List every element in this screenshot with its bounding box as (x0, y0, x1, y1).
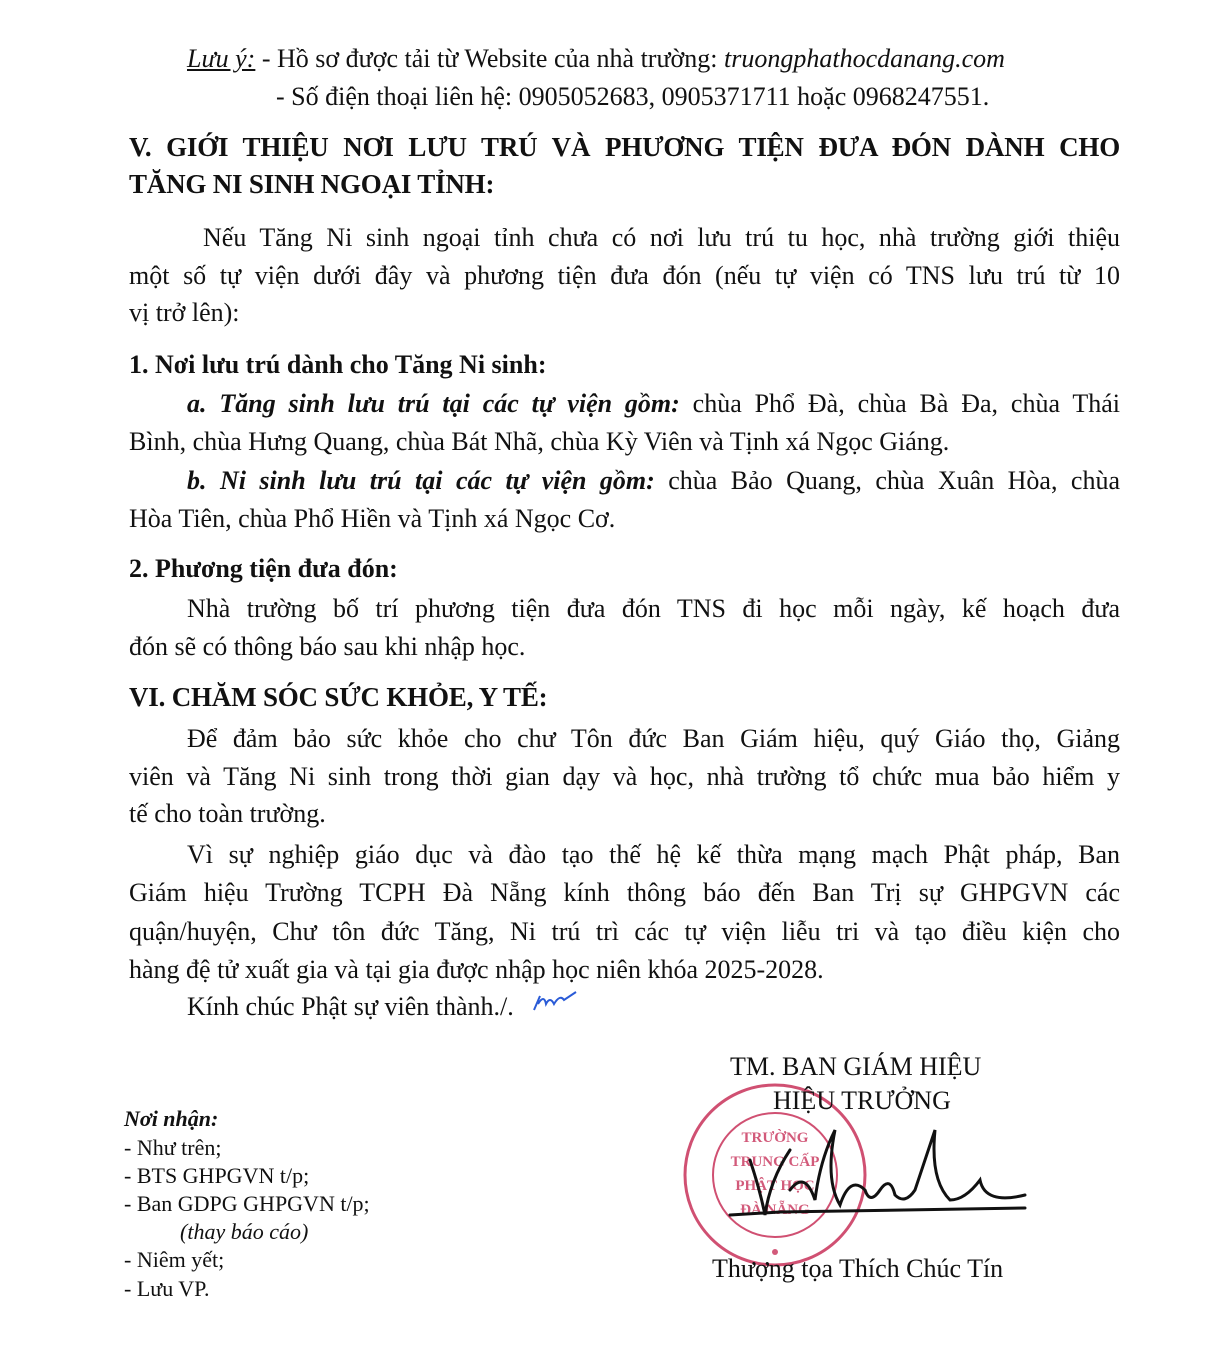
website-link[interactable]: truongphathocdanang.com (724, 44, 1005, 73)
recipient-item: - Như trên; (124, 1137, 221, 1159)
closing-text-3: quận/huyện, Chư tôn đức Tăng, Ni trú trì… (129, 919, 1120, 945)
section-5-intro-2: một số tự viện dưới đây và phương tiện đ… (129, 263, 1120, 289)
note-line-1: Lưu ý: - Hồ sơ được tải từ Website của n… (187, 46, 1005, 72)
health-text-2: viên và Tăng Ni sinh trong thời gian dạy… (129, 764, 1120, 790)
signature-title-1: TM. BAN GIÁM HIỆU (730, 1054, 981, 1080)
health-text-3: tế cho toàn trường. (129, 801, 326, 827)
section-6-title: VI. CHĂM SÓC SỨC KHỎE, Y TẾ: (129, 684, 547, 711)
signature-title-2: HIỆU TRƯỞNG (773, 1088, 951, 1114)
closing-text-4: hàng đệ tử xuất gia và tại gia được nhập… (129, 957, 824, 983)
initial-mark-icon (532, 990, 580, 1014)
closing-text-1: Vì sự nghiệp giáo dục và đào tạo thế hệ … (187, 842, 1120, 868)
section-5-title-line-2: TĂNG NI SINH NGOẠI TỈNH: (129, 171, 494, 198)
nun-residence-label: b. Ni sinh lưu trú tại các tự viện gồm: (187, 466, 655, 495)
signer-name: Thượng tọa Thích Chúc Tín (712, 1256, 1003, 1282)
recipients-title: Nơi nhận: (124, 1108, 218, 1130)
recipient-item: - Niêm yết; (124, 1249, 224, 1271)
section-5-intro-3: vị trở lên): (129, 300, 240, 326)
health-text-1: Để đảm bảo sức khỏe cho chư Tôn đức Ban … (187, 726, 1120, 752)
closing-wish: Kính chúc Phật sự viên thành./. (187, 994, 514, 1020)
closing-text-2: Giám hiệu Trường TCPH Đà Nẵng kính thông… (129, 880, 1120, 906)
handwritten-signature-icon (720, 1120, 1040, 1240)
transport-text-2: đón sẽ có thông báo sau khi nhập học. (129, 634, 525, 660)
recipient-item: - Ban GDPG GHPGVN t/p; (124, 1193, 370, 1215)
recipient-item: - BTS GHPGVN t/p; (124, 1165, 309, 1187)
nun-residence-line-1: b. Ni sinh lưu trú tại các tự viện gồm: … (187, 468, 1120, 494)
monk-residence-line-1: a. Tăng sinh lưu trú tại các tự viện gồm… (187, 391, 1120, 417)
subsection-1-title: 1. Nơi lưu trú dành cho Tăng Ni sinh: (129, 352, 546, 378)
note-download-text: - Hồ sơ được tải từ Website của nhà trườ… (262, 44, 724, 73)
monk-residence-line-2: Bình, chùa Hưng Quang, chùa Bát Nhã, chù… (129, 429, 949, 455)
monk-residence-label: a. Tăng sinh lưu trú tại các tự viện gồm… (187, 389, 680, 418)
section-5-title-line-1: V. GIỚI THIỆU NƠI LƯU TRÚ VÀ PHƯƠNG TIỆN… (129, 134, 1120, 161)
note-label: Lưu ý: (187, 44, 255, 73)
subsection-2-title: 2. Phương tiện đưa đón: (129, 556, 398, 582)
nun-residence-line-2: Hòa Tiên, chùa Phổ Hiền và Tịnh xá Ngọc … (129, 506, 615, 532)
note-phone: - Số điện thoại liên hệ: 0905052683, 090… (276, 84, 989, 110)
recipient-note: (thay báo cáo) (180, 1221, 308, 1243)
section-5-intro-1: Nếu Tăng Ni sinh ngoại tỉnh chưa có nơi … (203, 225, 1120, 251)
recipient-item: - Lưu VP. (124, 1278, 209, 1300)
transport-text-1: Nhà trường bố trí phương tiện đưa đón TN… (187, 596, 1120, 622)
